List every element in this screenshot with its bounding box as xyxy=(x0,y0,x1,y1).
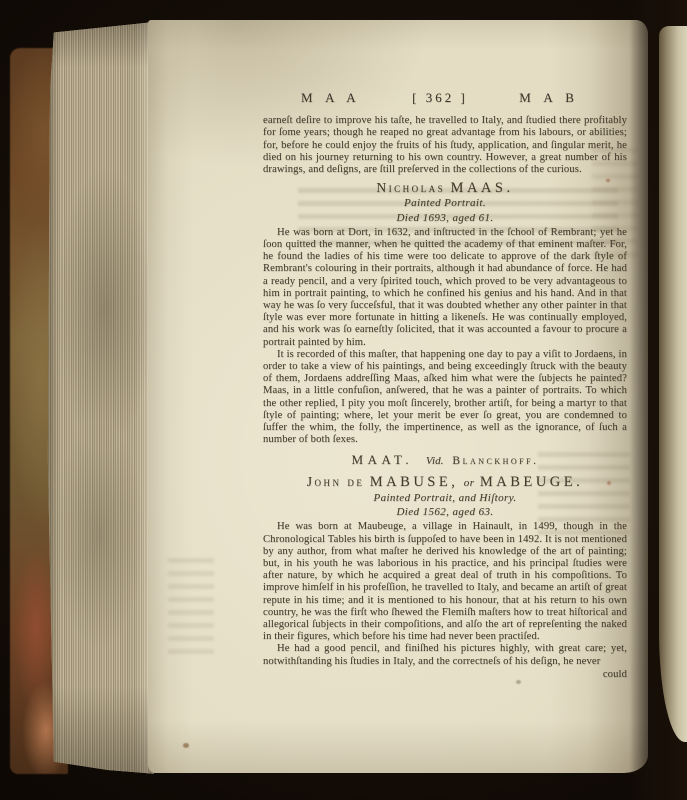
bleed-through-texture xyxy=(168,558,214,662)
paragraph-continuation: earneſt deſire to improve his taſte, he … xyxy=(263,115,627,176)
entry-alternate-name: MABEUGE. xyxy=(480,474,583,490)
entry-surname: MABUSE, xyxy=(370,474,459,490)
paper-stain xyxy=(183,743,189,748)
page-number: [ 362 ] xyxy=(412,92,468,104)
entry-genre: Painted Portrait. xyxy=(263,197,627,209)
cross-reference-name: MAAT. xyxy=(352,452,414,467)
facing-page-sliver xyxy=(659,26,687,742)
paragraph: He was born at Maubeuge, a village in Ha… xyxy=(263,521,627,643)
paragraph: He was born at Dort, in 1632, and inſtru… xyxy=(263,227,627,349)
page-edges-stack xyxy=(44,22,154,776)
book-page: M A A [ 362 ] M A B earneſt deſire to im… xyxy=(148,20,648,773)
entry-heading-mabuse: John de MABUSE, or MABEUGE. Painted Port… xyxy=(263,476,627,519)
entry-genre: Painted Portrait, and Hiſtory. xyxy=(263,492,627,504)
entry-name-conjunction: or xyxy=(464,477,475,489)
entry-heading-maas: Nicholas MAAS. Painted Portrait. Died 16… xyxy=(263,182,627,224)
running-head: M A A [ 362 ] M A B xyxy=(263,92,627,104)
running-head-left: M A A xyxy=(301,92,361,104)
entry-surname: MAAS. xyxy=(451,180,514,196)
catchword-row: could xyxy=(263,669,627,681)
paragraph: It is recorded of this maſter, that happ… xyxy=(263,349,627,447)
entry-given-name: John de xyxy=(307,474,365,489)
entry-given-name: Nicholas xyxy=(376,180,445,195)
entry-death-date: Died 1562, aged 63. xyxy=(263,506,627,518)
entry-death-date: Died 1693, aged 61. xyxy=(263,212,627,224)
catchword: could xyxy=(603,669,627,680)
paragraph: He had a good pencil, and finiſhed his p… xyxy=(263,643,627,667)
running-head-right: M A B xyxy=(519,92,579,104)
book-photograph: M A A [ 362 ] M A B earneſt deſire to im… xyxy=(0,0,687,800)
entry-name: Nicholas MAAS. xyxy=(263,182,627,194)
cross-reference-target: Blanckhoff. xyxy=(452,455,538,467)
text-column: M A A [ 362 ] M A B earneſt deſire to im… xyxy=(263,92,627,681)
cross-reference-vid: Vid. xyxy=(426,455,444,467)
cross-reference-maat: MAAT. Vid. Blanckhoff. xyxy=(263,454,627,468)
entry-name: John de MABUSE, or MABEUGE. xyxy=(263,476,627,489)
